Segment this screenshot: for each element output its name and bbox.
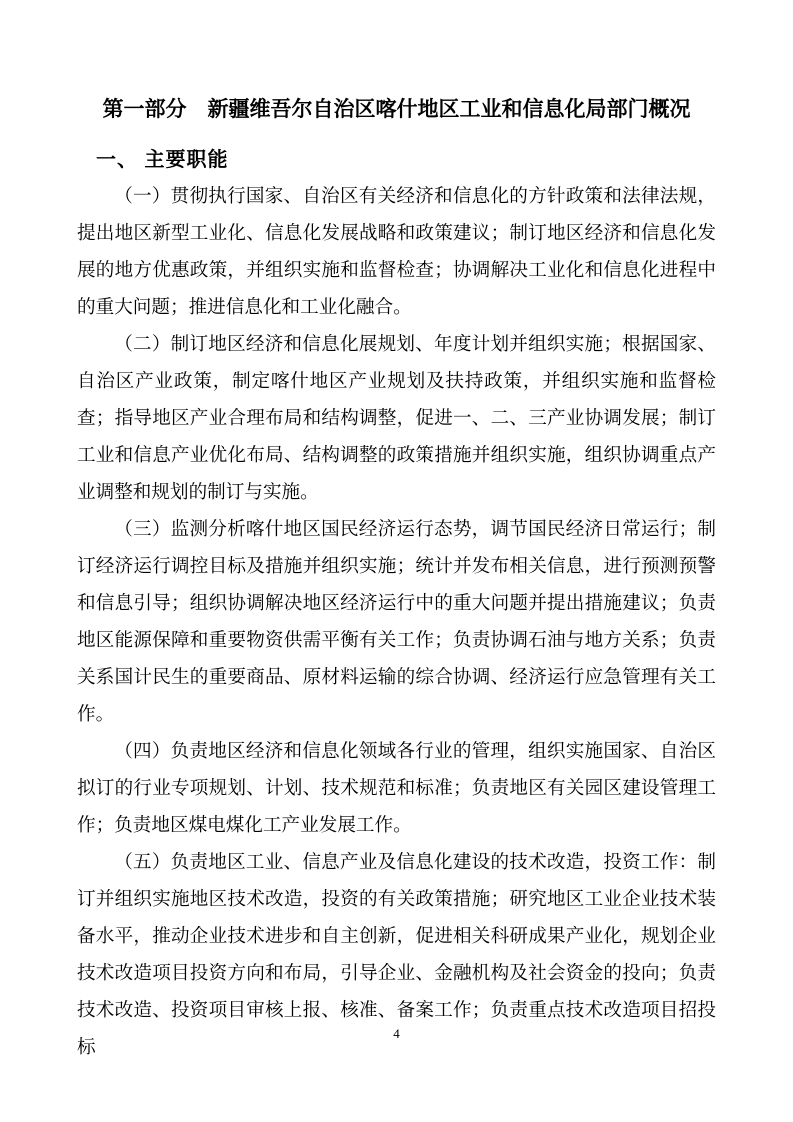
paragraph-duty-4: （四）负责地区经济和信息化领域各行业的管理，组织实施国家、自治区拟订的行业专项规… — [77, 733, 716, 844]
document-body: （一）贯彻执行国家、自治区有关经济和信息化的方针政策和法律法规，提出地区新型工业… — [77, 178, 716, 1066]
part-title: 第一部分 新疆维吾尔自治区喀什地区工业和信息化局部门概况 — [77, 97, 716, 123]
paragraph-duty-1: （一）贯彻执行国家、自治区有关经济和信息化的方针政策和法律法规，提出地区新型工业… — [77, 178, 716, 326]
page-number: 4 — [0, 1026, 793, 1042]
paragraph-duty-2: （二）制订地区经济和信息化展规划、年度计划并组织实施；根据国家、自治区产业政策，… — [77, 326, 716, 511]
paragraph-duty-3: （三）监测分析喀什地区国民经济运行态势，调节国民经济日常运行；制订经济运行调控目… — [77, 511, 716, 733]
document-page: 第一部分 新疆维吾尔自治区喀什地区工业和信息化局部门概况 一、 主要职能 （一）… — [0, 0, 793, 1122]
section-heading: 一、 主要职能 — [96, 148, 716, 172]
